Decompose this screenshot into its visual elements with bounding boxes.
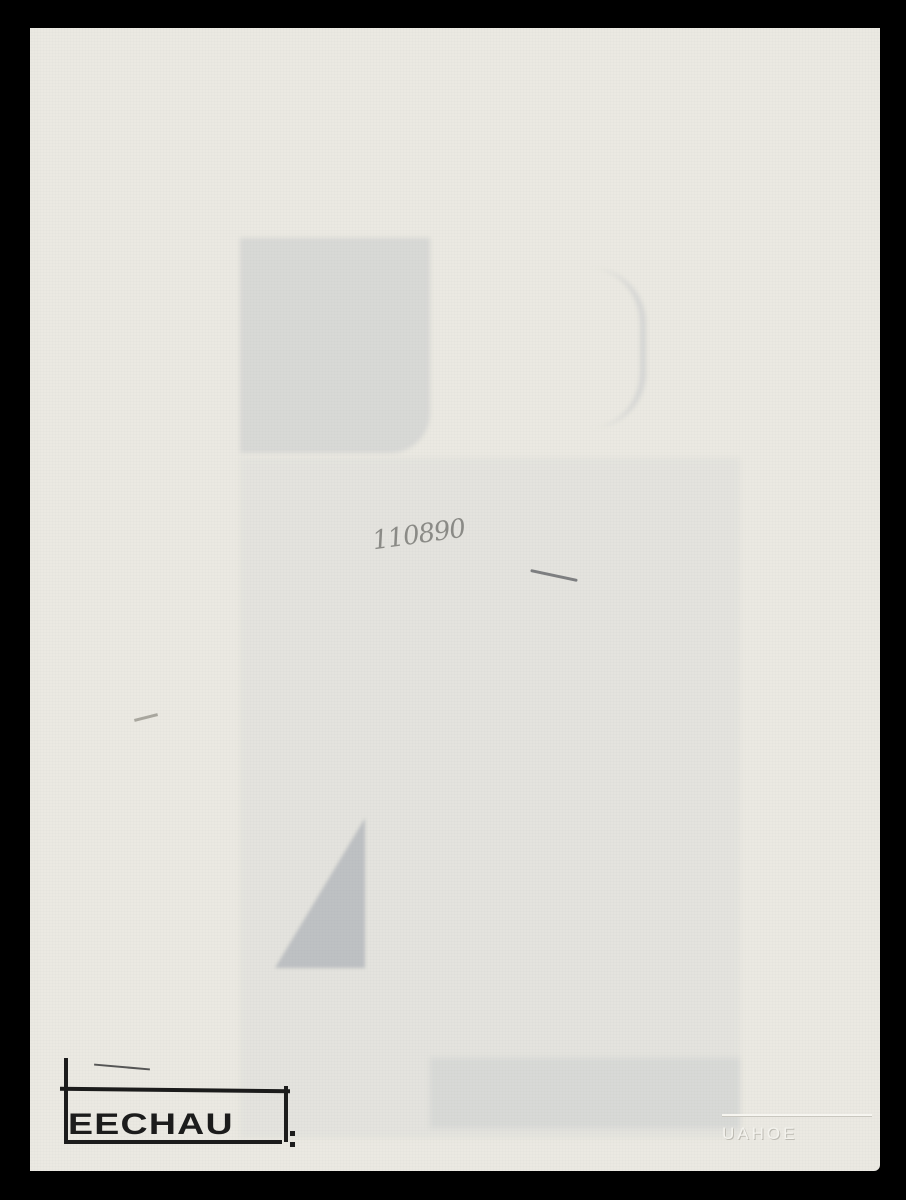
embossed-mark: UAHOE [712,1110,872,1146]
stamp-right-line [284,1086,288,1142]
emboss-text: UAHOE [722,1124,797,1144]
stamp-text: EECHAU [68,1108,234,1142]
stamp-stroke [94,1064,150,1071]
bleed-through-arc [590,268,646,428]
stamp-dot [290,1142,295,1147]
bleed-through-bottom [430,1058,740,1128]
bleed-through-triangle [275,818,365,968]
photo-paper-back [30,28,880,1171]
bleed-through-shade [240,458,740,1138]
stamp-top-line [60,1087,290,1093]
stamp-bottom-line [64,1140,282,1144]
emboss-line [722,1114,872,1116]
bleed-through-block [240,238,430,453]
photographer-stamp: EECHAU [58,1058,298,1148]
bleed-through-image [240,238,740,1128]
stamp-dot [290,1131,295,1136]
